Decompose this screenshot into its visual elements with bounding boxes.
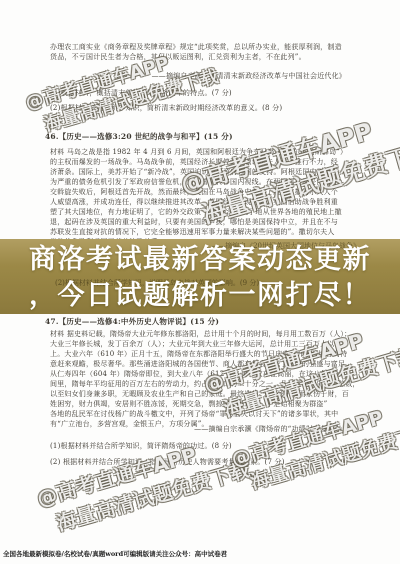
- section47-heading: 47.【历史——选修4:中外历史人物评说】(15 分): [45, 316, 219, 327]
- footer-note: 全国各地最新模拟卷/名校试卷/真题word可编辑版请关注公众号：高中试卷君: [3, 549, 227, 558]
- promo-banner: ——摘编自《20世纪英国大国地位与马岛战争》 商洛考试最新答案动态更新 (2)根…: [0, 239, 400, 314]
- promo-headline-line2: ，今日试题解析一网打尽！: [0, 282, 400, 310]
- text-line: 姓困穷，财力俱竭，安居则不胜冻馁，死期交急，剽掠则犹得延生，于是始相聚为群盗”: [50, 399, 352, 409]
- text-line: 材料 据史料记载，隋炀帝大业元年修东都洛阳，总计用十个月的时间，每月用工数百万（…: [50, 329, 352, 339]
- promo-headline-line1: 商洛考试最新答案动态更新: [0, 246, 400, 274]
- section46-heading: 46.【历史——选修3:20 世纪的战争与和平】(15 分): [45, 131, 233, 142]
- text-line: 各地的乱民军在讨伐杨广的战斗檄文中，开列了炀帝“罪恶滔天以讨天下”的诸多罪状，其…: [50, 409, 352, 419]
- scanned-exam-page: 办理农工商实业《商务章程及奖牌章程》规定“此项奖赏，总以所办实业，能获厚利润，制…: [0, 0, 400, 564]
